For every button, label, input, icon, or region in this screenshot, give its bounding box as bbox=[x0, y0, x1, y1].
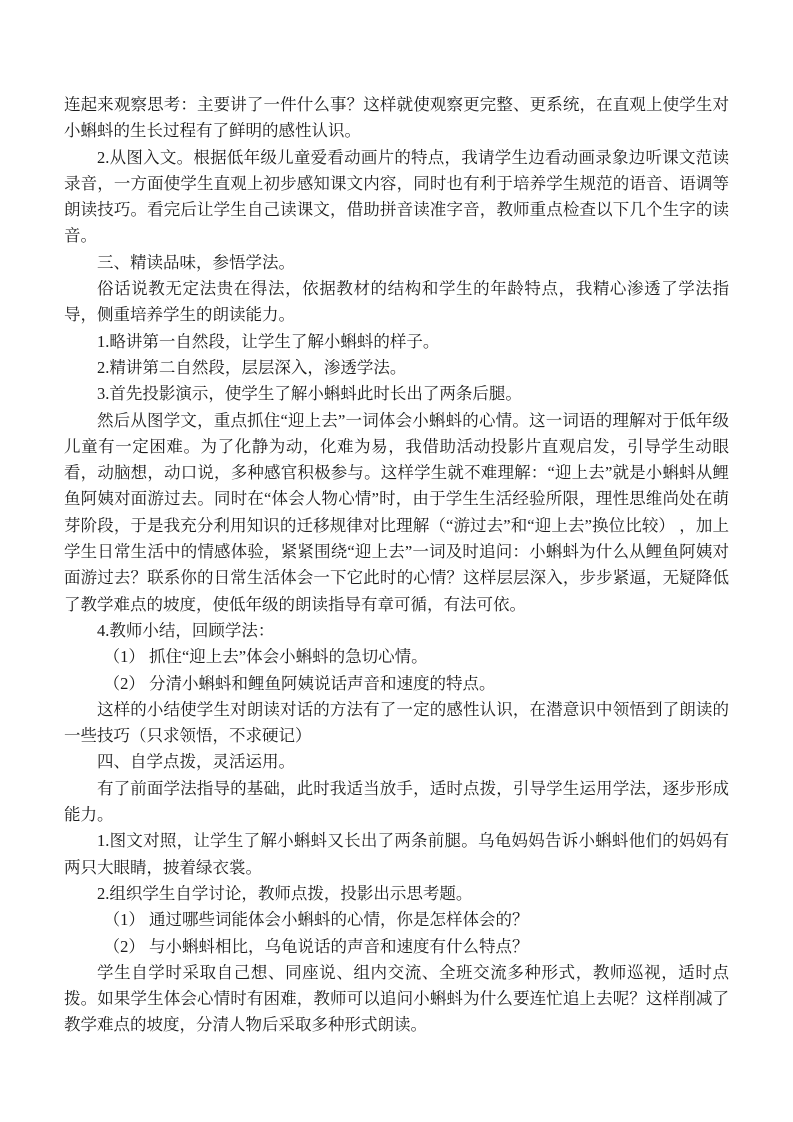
paragraph: （2） 与小蝌蚪相比，乌龟说话的声音和速度有什么特点？ bbox=[64, 934, 729, 960]
paragraph: （1） 抓住“迎上去”体会小蝌蚪的急切心情。 bbox=[64, 644, 729, 670]
paragraph: 3.首先投影演示，使学生了解小蝌蚪此时长出了两条后腿。 bbox=[64, 381, 729, 407]
paragraph: 然后从图学文，重点抓住“迎上去”一词体会小蝌蚪的心情。这一词语的理解对于低年级儿… bbox=[64, 408, 729, 618]
paragraph: 学生自学时采取自己想、同座说、组内交流、全班交流多种形式，教师巡视，适时点拨。如… bbox=[64, 960, 729, 1039]
paragraph: （2） 分清小蝌蚪和鲤鱼阿姨说话声音和速度的特点。 bbox=[64, 671, 729, 697]
document-text-block: 连起来观察思考：主要讲了一件什么事？这样就使观察更完整、更系统，在直观上使学生对… bbox=[64, 92, 729, 1039]
paragraph: 这样的小结使学生对朗读对话的方法有了一定的感性认识，在潜意识中领悟到了朗读的一些… bbox=[64, 697, 729, 750]
paragraph: 有了前面学法指导的基础，此时我适当放手，适时点拨，引导学生运用学法，逐步形成能力… bbox=[64, 776, 729, 829]
paragraph: 1.略讲第一自然段，让学生了解小蝌蚪的样子。 bbox=[64, 329, 729, 355]
paragraph: 连起来观察思考：主要讲了一件什么事？这样就使观察更完整、更系统，在直观上使学生对… bbox=[64, 92, 729, 145]
document-page: 连起来观察思考：主要讲了一件什么事？这样就使观察更完整、更系统，在直观上使学生对… bbox=[0, 0, 793, 1122]
paragraph: 2.精讲第二自然段，层层深入，渗透学法。 bbox=[64, 355, 729, 381]
paragraph: 1.图文对照，让学生了解小蝌蚪又长出了两条前腿。乌龟妈妈告诉小蝌蚪他们的妈妈有两… bbox=[64, 828, 729, 881]
paragraph: 4.教师小结，回顾学法： bbox=[64, 618, 729, 644]
paragraph: 四、自学点拨，灵活运用。 bbox=[64, 749, 729, 775]
paragraph: 2.从图入文。根据低年级儿童爱看动画片的特点，我请学生边看动画录象边听课文范读录… bbox=[64, 145, 729, 250]
paragraph: （1） 通过哪些词能体会小蝌蚪的心情，你是怎样体会的？ bbox=[64, 907, 729, 933]
paragraph: 三、精读品味，参悟学法。 bbox=[64, 250, 729, 276]
paragraph: 2.组织学生自学讨论，教师点拨，投影出示思考题。 bbox=[64, 881, 729, 907]
paragraph: 俗话说教无定法贵在得法，依据教材的结构和学生的年龄特点，我精心渗透了学法指导，侧… bbox=[64, 276, 729, 329]
